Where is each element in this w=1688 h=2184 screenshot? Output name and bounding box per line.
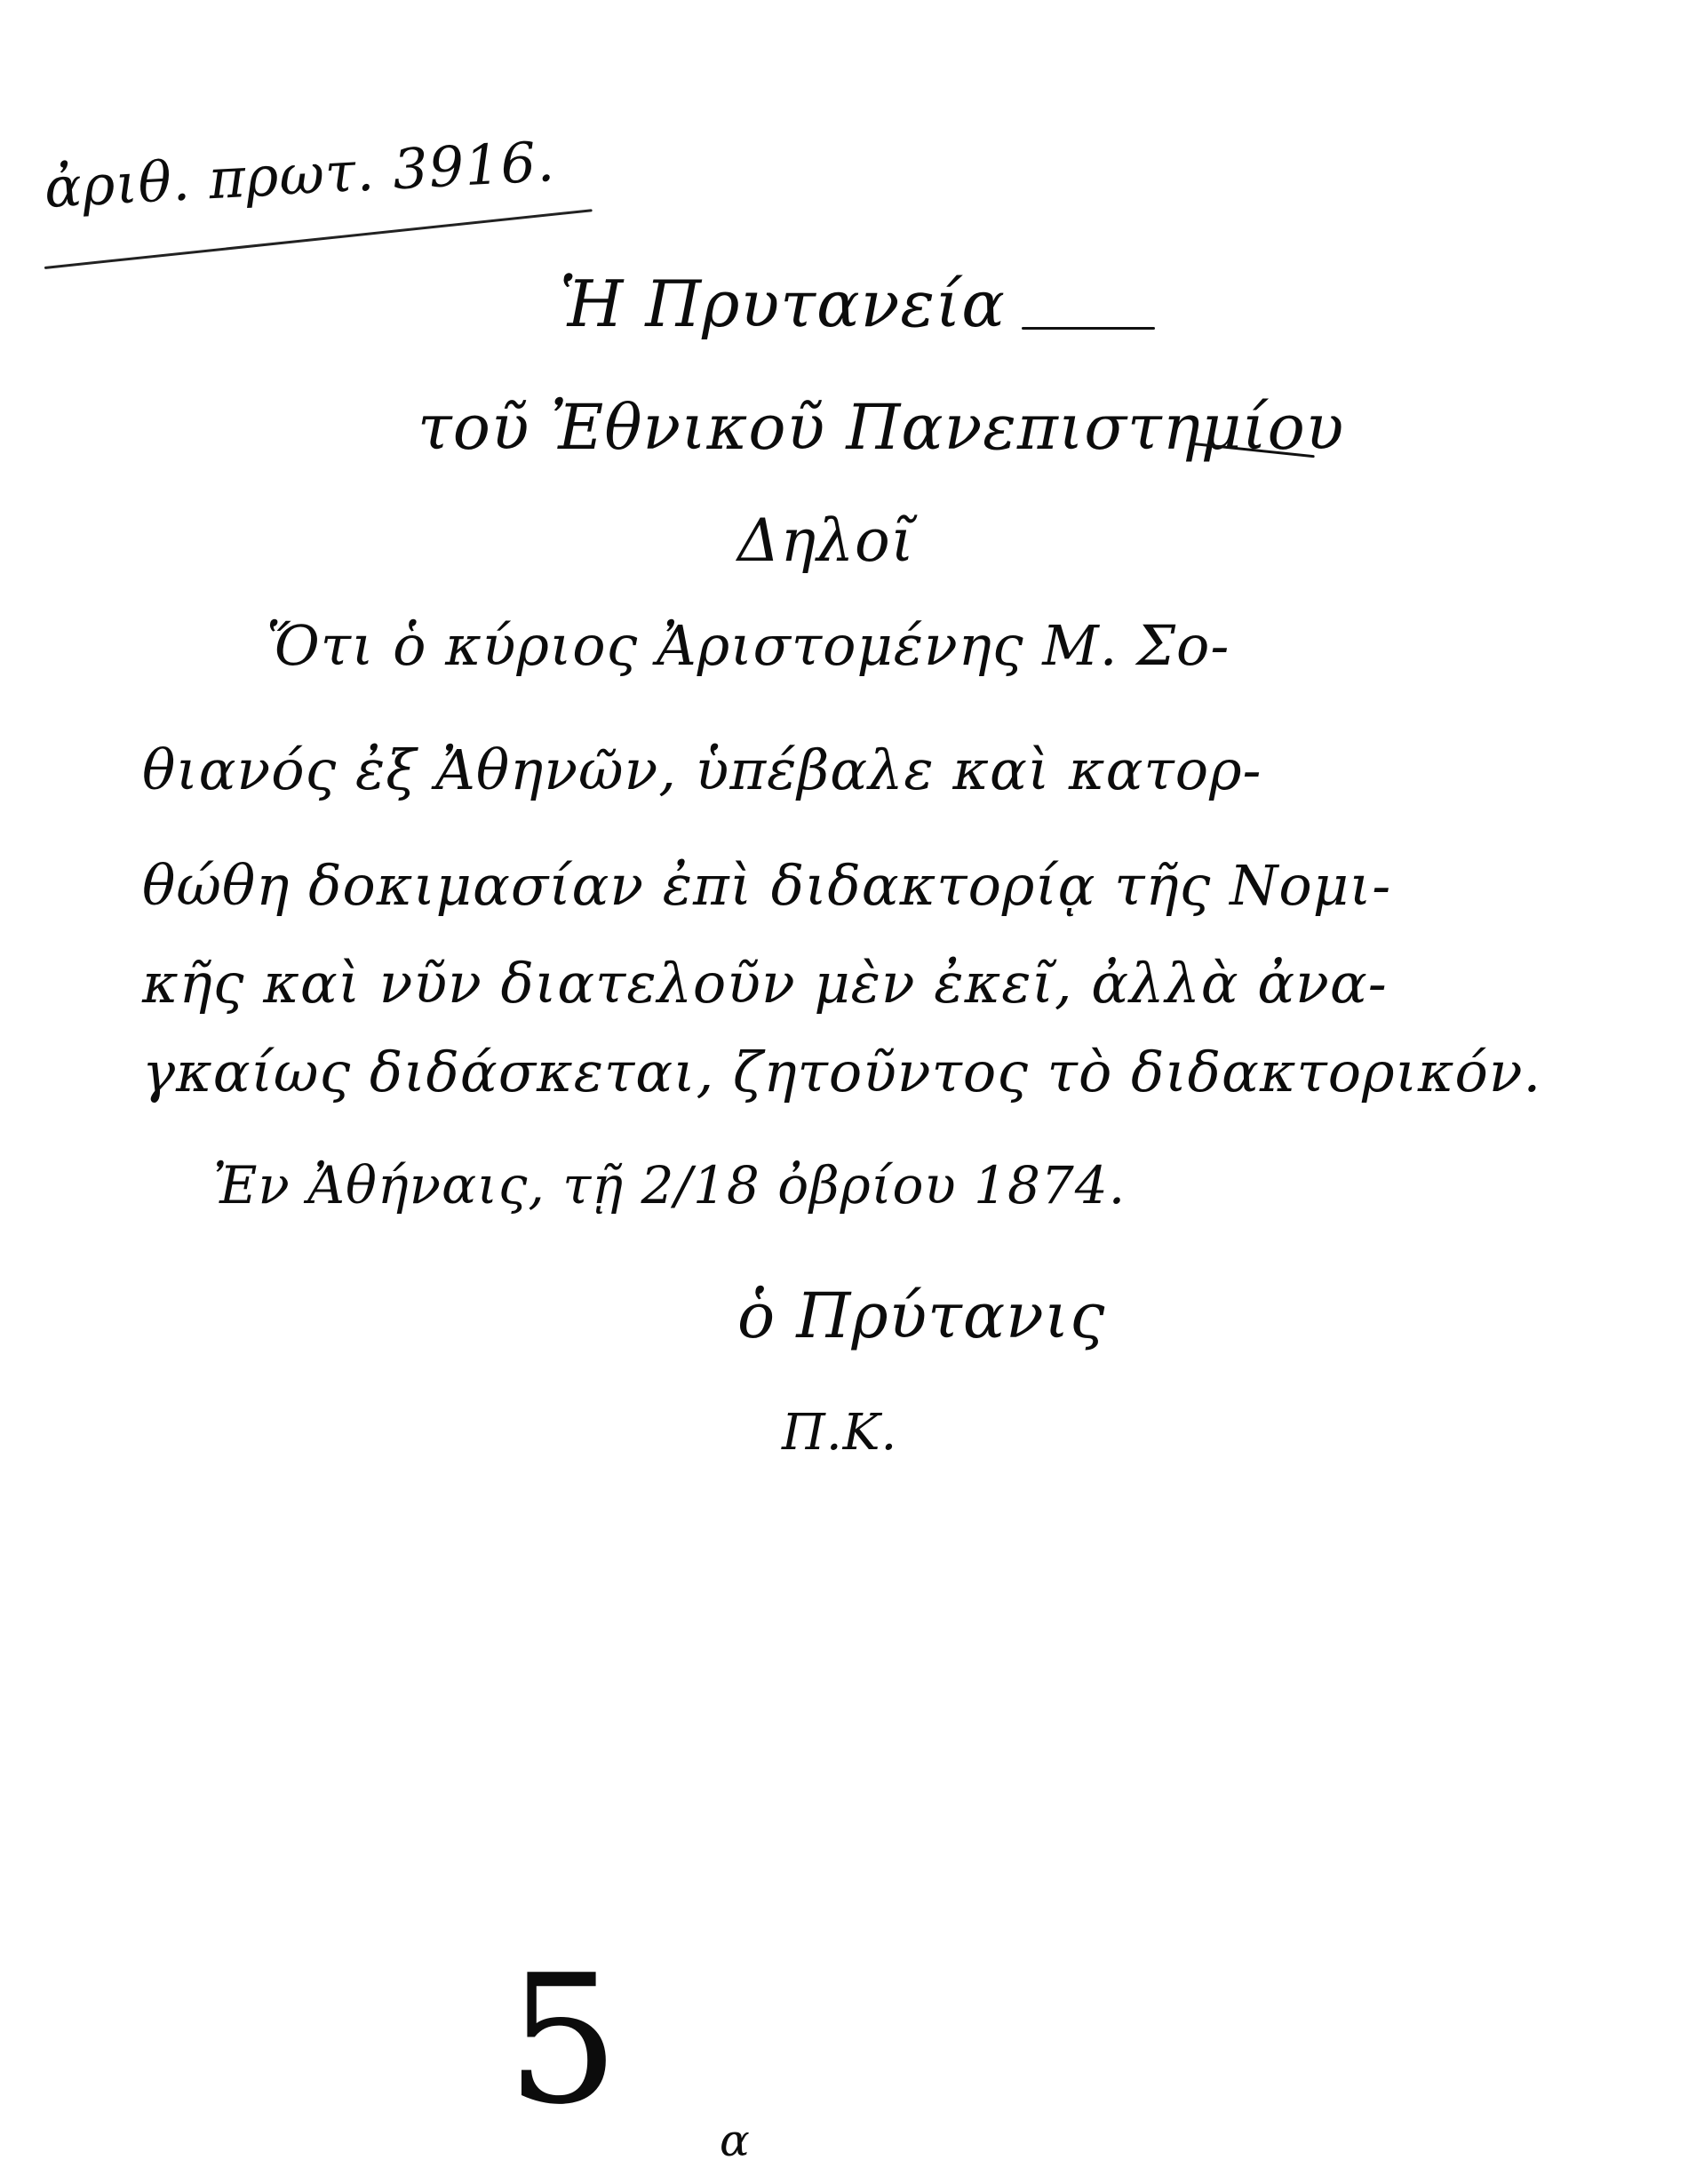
body-line: θώθη δοκιμασίαν ἐπὶ διδακτορίᾳ τῆς Νομι- (142, 853, 1391, 918)
body-line: Ὅτι ὁ κύριος Ἀριστομένης Μ. Σο- (267, 613, 1230, 678)
body-line: κῆς καὶ νῦν διατελοῦν μὲν ἐκεῖ, ἀλλὰ ἀνα… (142, 951, 1388, 1016)
date-line: Ἐν Ἀθήναις, τῇ 2/18 ὀβρίου 1874. (213, 1155, 1126, 1216)
folio-number: 5 (506, 1937, 620, 2144)
body-line: γκαίως διδάσκεται, ζητοῦντος τὸ διδακτορ… (142, 1040, 1541, 1104)
folio-suffix: α (720, 2115, 751, 2166)
reference-number: ἀριθ. πρωτ. 3916. (43, 129, 556, 220)
reference-underline (44, 209, 593, 269)
body-line: θιανός ἐξ Ἀθηνῶν, ὑπέβαλε καὶ κατορ- (142, 737, 1262, 802)
header-university: τοῦ Ἐθνικοῦ Πανεπιστημίου (418, 391, 1344, 464)
header-declares: Δηλοῖ (737, 506, 915, 575)
header-rectorate: Ἡ Πρυτανεία (560, 267, 1006, 341)
signature-initials: Π.Κ. (782, 1404, 897, 1462)
signature-title: ὁ Πρύτανις (737, 1279, 1105, 1352)
header-flourish (1022, 327, 1155, 330)
